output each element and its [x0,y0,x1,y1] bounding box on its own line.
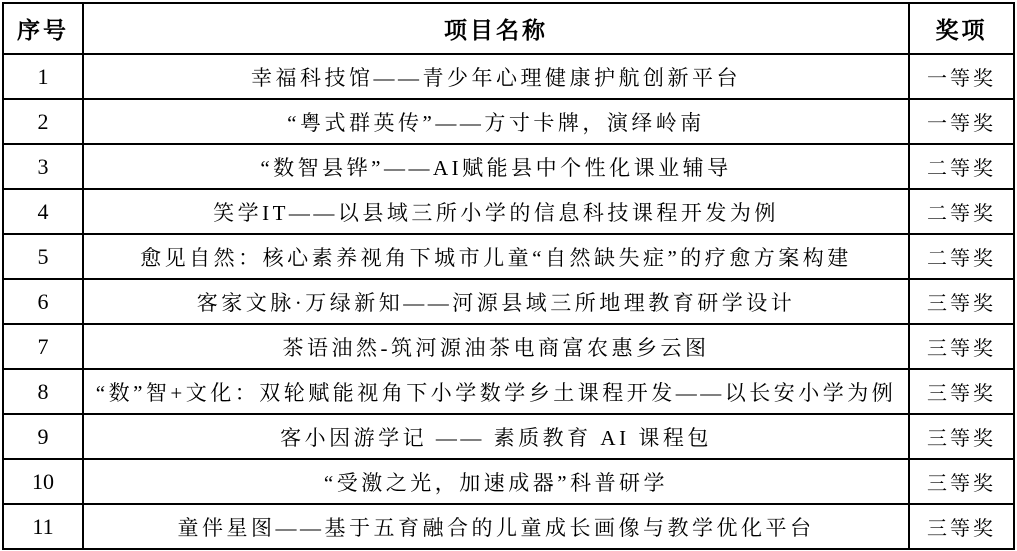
header-row: 序号 项目名称 奖项 [3,3,1014,54]
row-index-cell: 2 [3,99,83,144]
award-cell: 一等奖 [909,99,1014,144]
project-name-cell: 愈见自然：核心素养视角下城市儿童“自然缺失症”的疗愈方案构建 [83,234,909,279]
table-row: 10“受激之光，加速成器”科普研学三等奖 [3,459,1014,504]
project-name-cell: 幸福科技馆——青少年心理健康护航创新平台 [83,54,909,99]
award-cell: 二等奖 [909,189,1014,234]
award-cell: 三等奖 [909,414,1014,459]
row-index-cell: 5 [3,234,83,279]
project-name-cell: “数”智+文化：双轮赋能视角下小学数学乡土课程开发——以长安小学为例 [83,369,909,414]
header-cell-project-name: 项目名称 [83,3,909,54]
header-cell-index: 序号 [3,3,83,54]
row-index-cell: 9 [3,414,83,459]
table-row: 3“数智县铧”——AI赋能县中个性化课业辅导二等奖 [3,144,1014,189]
row-index-cell: 3 [3,144,83,189]
table-row: 9客小因游学记 —— 素质教育 AI 课程包三等奖 [3,414,1014,459]
table-row: 1幸福科技馆——青少年心理健康护航创新平台一等奖 [3,54,1014,99]
award-cell: 二等奖 [909,144,1014,189]
project-name-cell: 笑学IT——以县域三所小学的信息科技课程开发为例 [83,189,909,234]
table-row: 6客家文脉·万绿新知——河源县域三所地理教育研学设计三等奖 [3,279,1014,324]
row-index-cell: 8 [3,369,83,414]
award-cell: 三等奖 [909,369,1014,414]
project-name-cell: 客小因游学记 —— 素质教育 AI 课程包 [83,414,909,459]
header-cell-award: 奖项 [909,3,1014,54]
award-cell: 三等奖 [909,459,1014,504]
project-name-cell: 茶语油然-筑河源油茶电商富农惠乡云图 [83,324,909,369]
awards-table: 序号 项目名称 奖项 1幸福科技馆——青少年心理健康护航创新平台一等奖2“粤式群… [2,2,1015,550]
project-name-cell: 童伴星图——基于五育融合的儿童成长画像与教学优化平台 [83,504,909,549]
project-name-cell: “受激之光，加速成器”科普研学 [83,459,909,504]
project-name-cell: 客家文脉·万绿新知——河源县域三所地理教育研学设计 [83,279,909,324]
table-body: 1幸福科技馆——青少年心理健康护航创新平台一等奖2“粤式群英传”——方寸卡牌，演… [3,54,1014,549]
project-name-cell: “数智县铧”——AI赋能县中个性化课业辅导 [83,144,909,189]
table-row: 8“数”智+文化：双轮赋能视角下小学数学乡土课程开发——以长安小学为例三等奖 [3,369,1014,414]
table-row: 5愈见自然：核心素养视角下城市儿童“自然缺失症”的疗愈方案构建二等奖 [3,234,1014,279]
row-index-cell: 7 [3,324,83,369]
award-cell: 三等奖 [909,504,1014,549]
table-row: 7茶语油然-筑河源油茶电商富农惠乡云图三等奖 [3,324,1014,369]
row-index-cell: 6 [3,279,83,324]
award-cell: 三等奖 [909,279,1014,324]
award-cell: 三等奖 [909,324,1014,369]
row-index-cell: 4 [3,189,83,234]
table-row: 4笑学IT——以县域三所小学的信息科技课程开发为例二等奖 [3,189,1014,234]
document-page: 序号 项目名称 奖项 1幸福科技馆——青少年心理健康护航创新平台一等奖2“粤式群… [0,0,1017,551]
table-row: 2“粤式群英传”——方寸卡牌，演绎岭南一等奖 [3,99,1014,144]
row-index-cell: 1 [3,54,83,99]
row-index-cell: 11 [3,504,83,549]
award-cell: 二等奖 [909,234,1014,279]
award-cell: 一等奖 [909,54,1014,99]
row-index-cell: 10 [3,459,83,504]
project-name-cell: “粤式群英传”——方寸卡牌，演绎岭南 [83,99,909,144]
table-row: 11童伴星图——基于五育融合的儿童成长画像与教学优化平台三等奖 [3,504,1014,549]
